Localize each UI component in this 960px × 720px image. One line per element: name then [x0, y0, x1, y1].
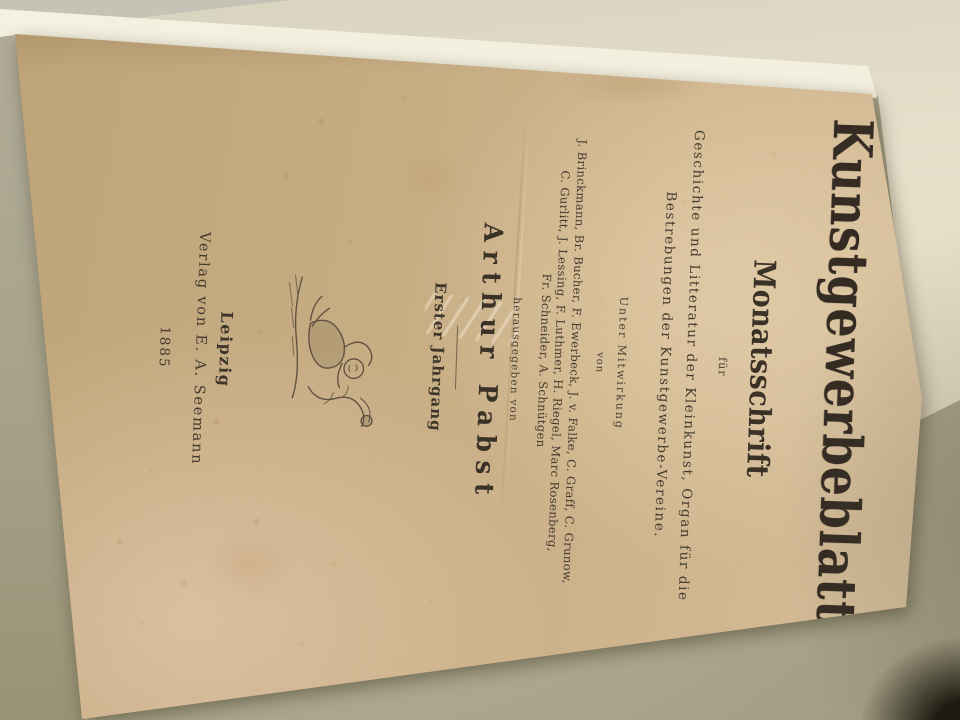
putto-vignette-illustration — [279, 267, 407, 441]
cooperation-line: Unter Mitwirkung — [613, 297, 631, 431]
foxing-spots — [0, 0, 3, 3]
imprint-city: Leipzig — [215, 311, 237, 388]
scope-lines: Geschichte und Litteratur der Kleinkunst… — [644, 129, 712, 602]
book-subtitle: Monatsschrift — [739, 258, 782, 477]
contributors-list: J. Brinckmann, Br. Bucher, F. Ewerbeck, … — [528, 138, 590, 584]
book-photo: Kunstgewerbeblatt Monatsschrift für Gesc… — [0, 0, 960, 720]
volume-line: Erster Jahrgang — [427, 282, 450, 432]
imprint-publisher: Verlag von E. A. Seemann — [189, 232, 213, 466]
editor-name: Arthur Pabst — [468, 214, 508, 504]
book-title: Kunstgewerbeblatt — [809, 118, 881, 624]
imprint-year: 1885 — [156, 326, 173, 369]
fuer-word: für — [716, 357, 730, 377]
title-page: Kunstgewerbeblatt Monatsschrift für Gesc… — [0, 0, 960, 720]
von-word: von — [594, 352, 606, 373]
edited-by-line: herausgegeben von — [507, 297, 523, 422]
separator-rule — [455, 326, 458, 390]
title-page-wrap: Kunstgewerbeblatt Monatsschrift für Gesc… — [0, 0, 960, 720]
title-page-content: Kunstgewerbeblatt Monatsschrift für Gesc… — [6, 3, 929, 714]
